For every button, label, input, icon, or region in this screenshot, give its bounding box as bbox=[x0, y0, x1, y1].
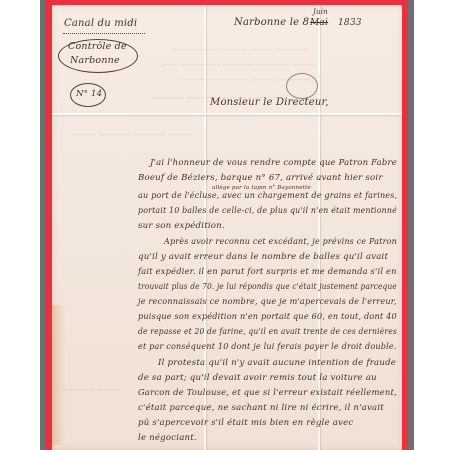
stamp-underline bbox=[63, 33, 145, 34]
dateline-year: 1833 bbox=[338, 18, 362, 28]
body-line: au port de l'écluse, avec un chargement … bbox=[138, 191, 397, 201]
body-line: et par conséquent 10 dont je lui ferais … bbox=[138, 342, 397, 352]
body-line: fait expédier. il en parut fort surpris … bbox=[138, 267, 397, 277]
stamp-line-1: Canal du midi bbox=[64, 18, 137, 29]
body-line: de repasse et 20 de farine, qu'il en ava… bbox=[138, 327, 397, 337]
bleed-through-text: ——— ———— bbox=[62, 385, 121, 394]
body-line: trouvait plus de 70. je lui répondis que… bbox=[138, 282, 397, 292]
right-grey-margin bbox=[408, 0, 414, 450]
body-line: de sa part; qu'il devait avoir remis tou… bbox=[138, 373, 377, 383]
dateline-month-struck: Mai bbox=[310, 18, 328, 28]
stamp-line-2: Contrôle de bbox=[68, 41, 127, 52]
dateline-month-inserted: Juin bbox=[313, 8, 328, 16]
age-stain bbox=[52, 305, 66, 445]
body-line: Boeuf de Béziers, barque n° 67, arrivé a… bbox=[138, 173, 383, 183]
salutation: Monsieur le Directeur, bbox=[210, 97, 329, 108]
letter-paper: ———— ——— ——— —————— ——— ———— ———— ————— … bbox=[52, 5, 402, 450]
body-line: pû s'apercevoir s'il était mis bien en r… bbox=[138, 418, 353, 428]
dateline-place: Narbonne le 8 bbox=[234, 17, 309, 28]
body-line: qu'il y avait erreur dans le nombre de b… bbox=[138, 252, 388, 262]
body-line: je reconnaissais ce nombre, que je m'ape… bbox=[138, 297, 397, 307]
body-line: portait 10 balles de celle-ci, de plus q… bbox=[138, 206, 397, 216]
body-line: Après avoir reconnu cet excédant, je pré… bbox=[164, 237, 397, 247]
stamp-line-3: Narbonne bbox=[70, 55, 120, 66]
body-line: puisque son expédition n'en portait que … bbox=[138, 312, 397, 322]
fold-crease-vertical-right bbox=[318, 5, 320, 450]
body-line: J'ai l'honneur de vous rendre compte que… bbox=[150, 158, 397, 168]
bleed-through-text: ——— ———— ———— ——— bbox=[72, 130, 192, 139]
bleed-through-text: ———— ——— ——— —————— bbox=[172, 45, 308, 54]
ink-circle-mark bbox=[286, 73, 318, 99]
fold-crease-horizontal bbox=[52, 113, 402, 115]
bleed-through-text: ——— ———— ———— ————— —— bbox=[162, 60, 316, 69]
body-line: c'était parceque, ne sachant ni lire ni … bbox=[138, 403, 384, 413]
reference-number: N° 14 bbox=[76, 89, 102, 99]
body-line: Garcon de Toulouse, et que si l'erreur e… bbox=[138, 388, 397, 398]
body-line: sur son expédition. bbox=[138, 221, 225, 231]
body-line: Il protesta qu'il n'y avait aucune inten… bbox=[158, 358, 396, 368]
body-line: le négociant. bbox=[138, 433, 197, 443]
